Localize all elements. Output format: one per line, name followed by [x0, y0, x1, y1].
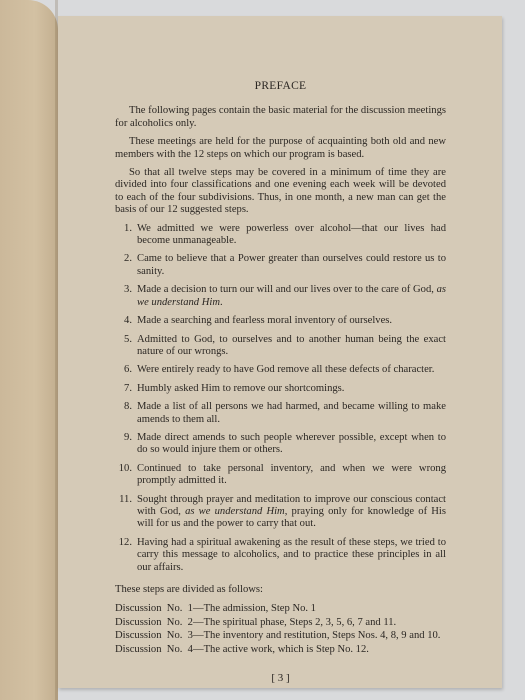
- paragraph: The following pages contain the basic ma…: [115, 105, 446, 130]
- step-item: 4.Made a searching and fearless moral in…: [115, 315, 446, 327]
- step-item: 10.Continued to take personal inventory,…: [115, 463, 446, 488]
- paragraph: These meetings are held for the purpose …: [115, 136, 446, 161]
- discussion-line: Discussion No. 2—The spiritual phase, St…: [115, 616, 446, 629]
- step-item: 12.Having had a spiritual awakening as t…: [115, 537, 446, 574]
- discussion-line: Discussion No. 1—The admission, Step No.…: [115, 602, 446, 615]
- step-item: 3.Made a decision to turn our will and o…: [115, 284, 446, 309]
- step-item: 7.Humbly asked Him to remove our shortco…: [115, 383, 446, 395]
- facing-page-edge: [0, 0, 58, 700]
- divisions-intro: These steps are divided as follows:: [115, 584, 446, 596]
- step-item: 1.We admitted we were powerless over alc…: [115, 223, 446, 248]
- step-item: 8.Made a list of all persons we had harm…: [115, 401, 446, 426]
- page-number: [ 3 ]: [115, 672, 446, 684]
- booklet-page: PREFACE The following pages contain the …: [58, 16, 502, 688]
- discussion-line: Discussion No. 4—The active work, which …: [115, 643, 446, 656]
- step-item: 6.Were entirely ready to have God remove…: [115, 364, 446, 376]
- step-item: 2.Came to believe that a Power greater t…: [115, 253, 446, 278]
- step-item: 5.Admitted to God, to ourselves and to a…: [115, 334, 446, 359]
- step-item: 9.Made direct amends to such people wher…: [115, 432, 446, 457]
- discussion-line: Discussion No. 3—The inventory and resti…: [115, 629, 446, 642]
- page-content: PREFACE The following pages contain the …: [115, 80, 446, 684]
- page-title: PREFACE: [115, 80, 446, 92]
- twelve-steps-list: 1.We admitted we were powerless over alc…: [115, 223, 446, 574]
- step-item: 11.Sought through prayer and meditation …: [115, 494, 446, 531]
- paragraph: So that all twelve steps may be covered …: [115, 167, 446, 217]
